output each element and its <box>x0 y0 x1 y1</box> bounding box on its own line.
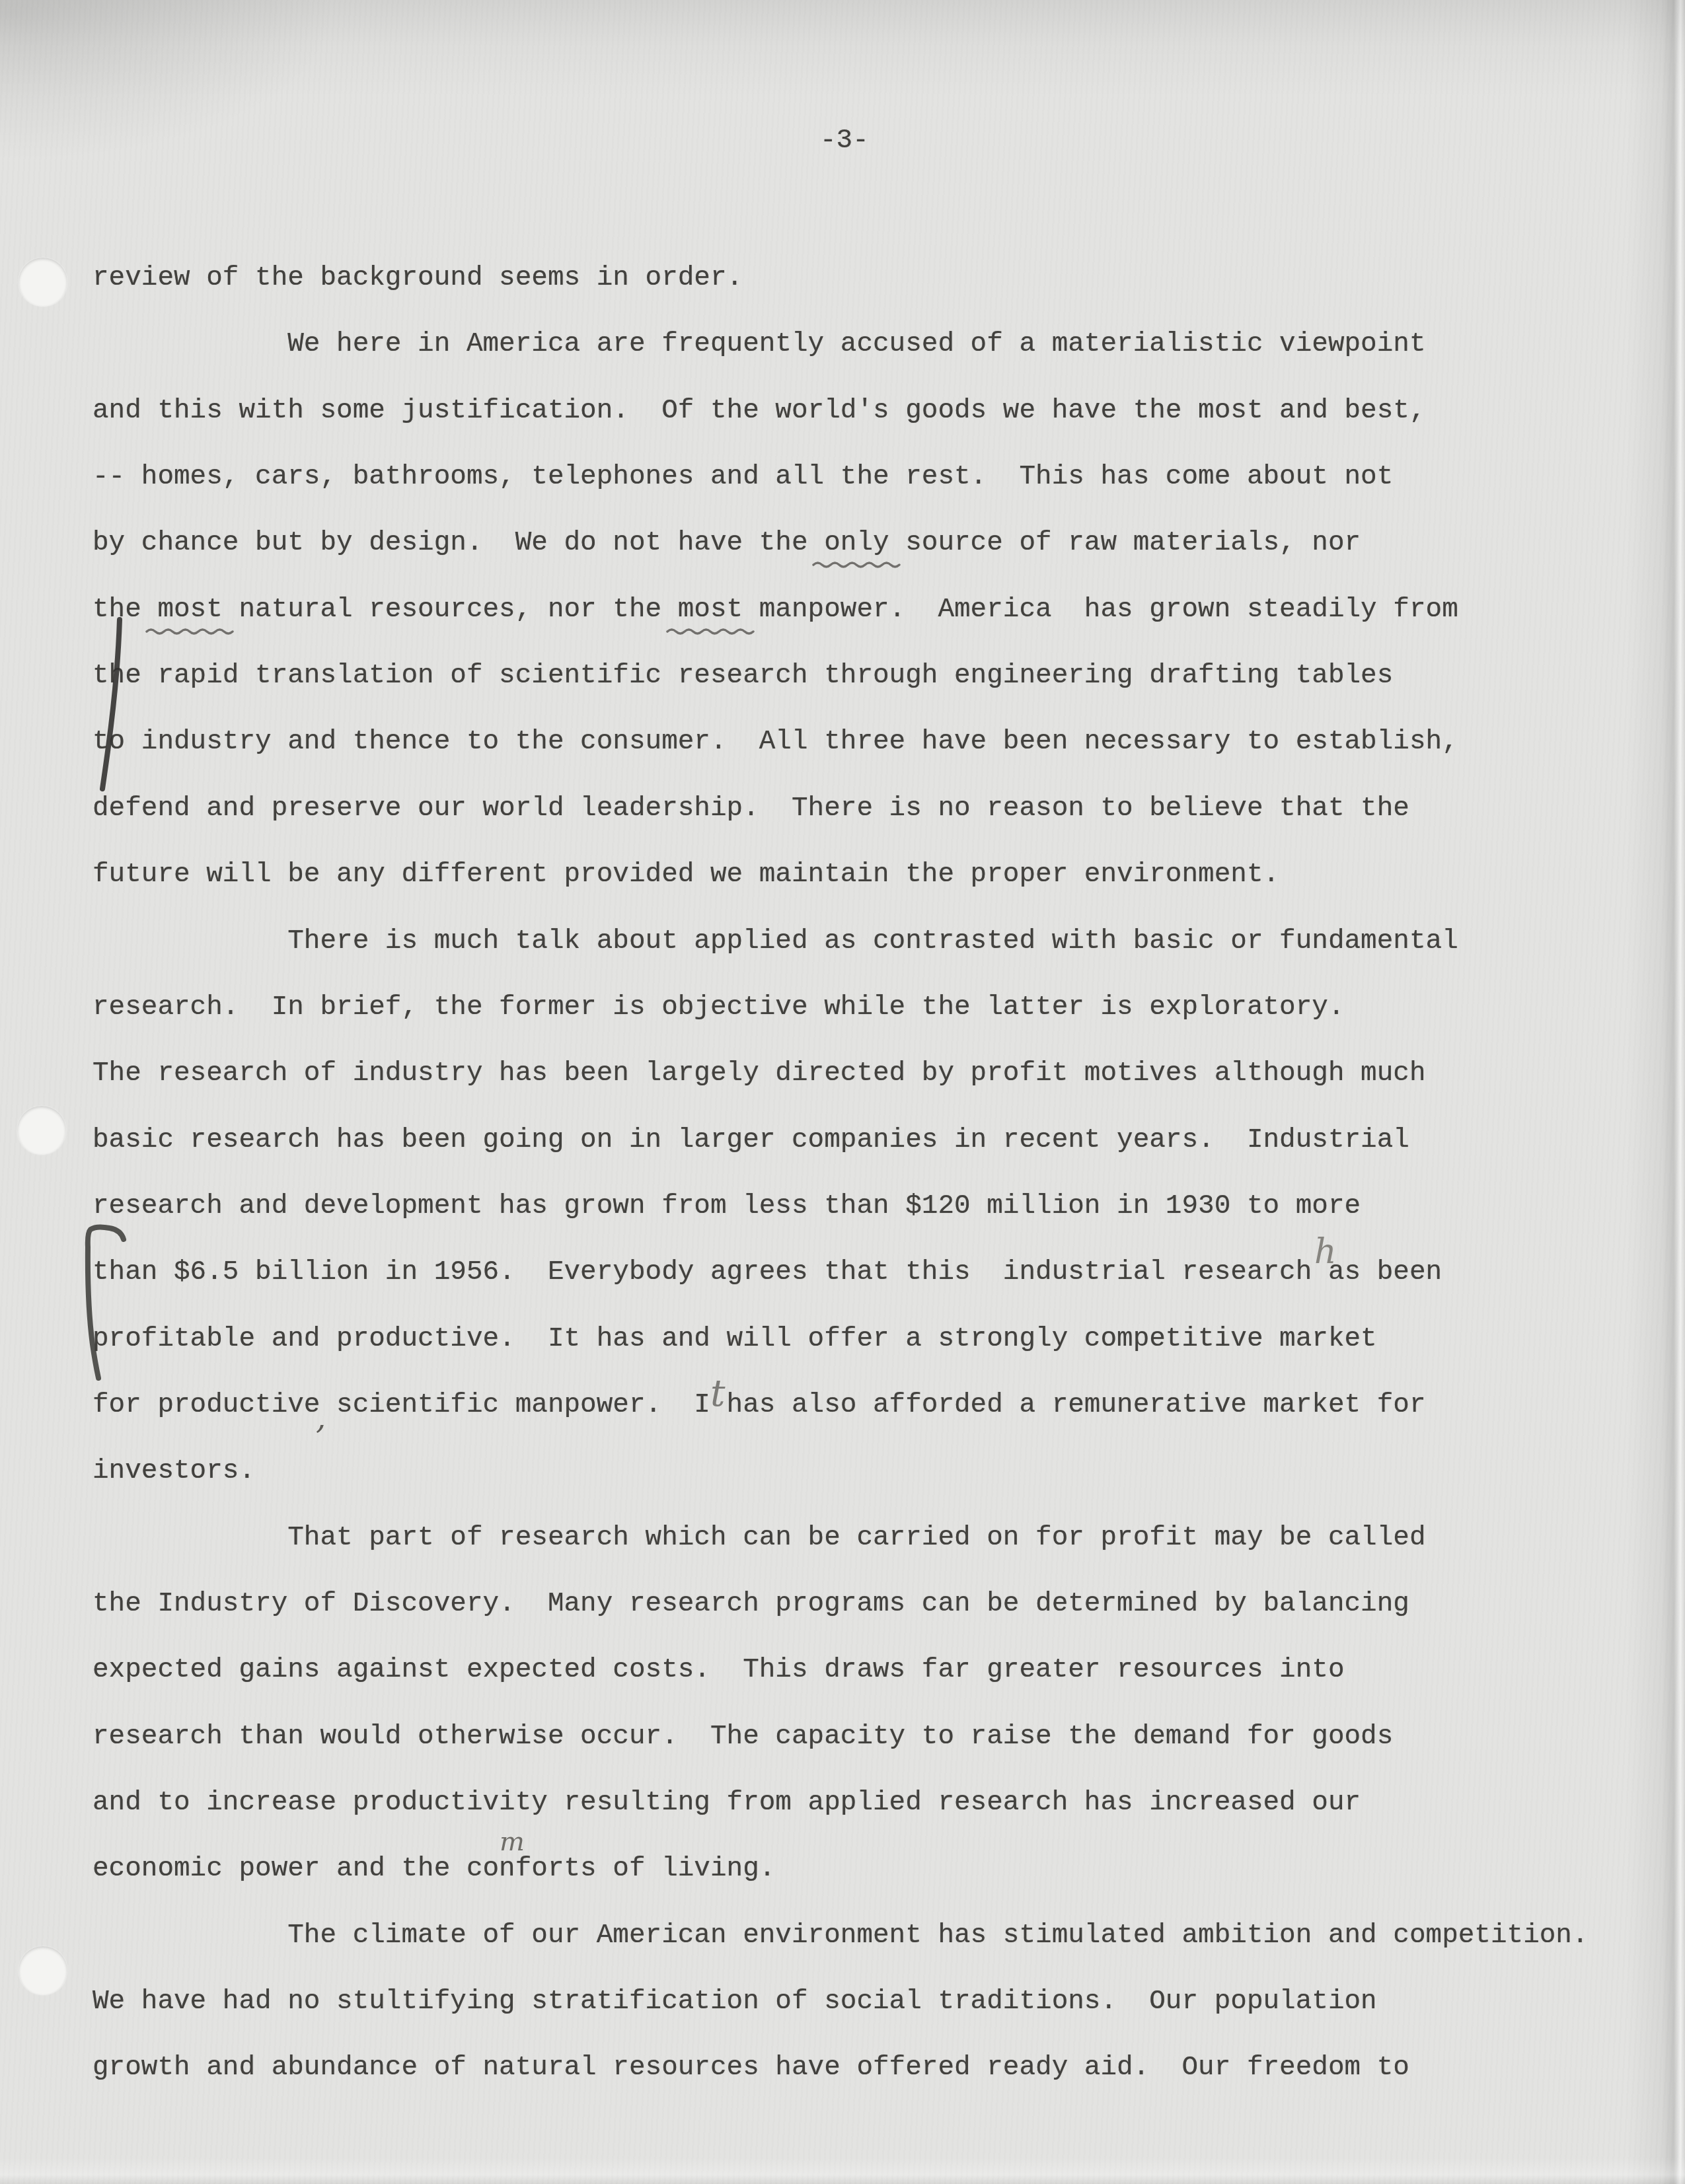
typed-line: the rapid translation of scientific rese… <box>93 661 1393 691</box>
typed-line: and to increase productivity resulting f… <box>93 1788 1361 1818</box>
typed-line: and this with some justification. Of the… <box>93 396 1426 426</box>
typed-line: research than would otherwise occur. The… <box>93 1722 1393 1752</box>
typed-line: economic power and the conforts of livin… <box>93 1854 775 1884</box>
typed-line: We here in America are frequently accuse… <box>93 329 1426 359</box>
vertical-pen-stroke-icon <box>102 620 120 789</box>
typed-line: profitable and productive. It has and wi… <box>93 1324 1377 1354</box>
typed-line: basic research has been going on in larg… <box>93 1125 1409 1155</box>
bracket-pen-stroke-icon <box>88 1227 124 1378</box>
pencil-underline-most-2 <box>667 627 749 636</box>
typed-line: investors. <box>93 1456 255 1486</box>
typed-line: research and development has grown from … <box>93 1191 1361 1221</box>
typed-line: by chance but by design. We do not have … <box>93 528 1361 558</box>
punch-hole-bottom <box>19 1946 67 1995</box>
pencil-underline-only <box>813 560 895 569</box>
handwritten-m-correction: m <box>500 1829 525 1855</box>
typed-line: growth and abundance of natural resource… <box>93 2053 1409 2083</box>
typed-line: expected gains against expected costs. T… <box>93 1655 1345 1685</box>
handwritten-h-insertion: h <box>1314 1235 1337 1269</box>
punch-hole-top <box>19 258 67 307</box>
typed-line: to industry and thence to the consumer. … <box>93 727 1458 757</box>
handwritten-t-insertion: t <box>710 1375 726 1412</box>
document-page: -3- review of the background seems in or… <box>0 0 1685 2184</box>
typed-line: than $6.5 billion in 1956. Everybody agr… <box>93 1257 1442 1288</box>
typed-line: research. In brief, the former is object… <box>93 992 1345 1023</box>
typed-line: the Industry of Discovery. Many research… <box>93 1589 1409 1619</box>
typed-line: the most natural resources, nor the most… <box>93 595 1458 625</box>
pencil-underline-most-1 <box>146 627 228 636</box>
punch-hole-middle <box>17 1106 66 1155</box>
typed-line: future will be any different provided we… <box>93 859 1279 890</box>
typed-line: review of the background seems in order. <box>93 263 743 293</box>
typed-line: for productive scientific manpower. I ha… <box>93 1390 1426 1420</box>
typed-line: That part of research which can be carri… <box>93 1523 1426 1553</box>
typed-line: -- homes, cars, bathrooms, telephones an… <box>93 462 1393 492</box>
typed-line: There is much talk about applied as cont… <box>93 926 1458 957</box>
handwritten-comma-insertion: , <box>316 1402 326 1434</box>
page-number: -3- <box>820 126 869 156</box>
typed-line: defend and preserve our world leadership… <box>93 793 1409 824</box>
typed-line: We have had no stultifying stratificatio… <box>93 1986 1377 2017</box>
typed-line: The research of industry has been largel… <box>93 1058 1426 1089</box>
typed-line: The climate of our American environment … <box>93 1920 1589 1951</box>
